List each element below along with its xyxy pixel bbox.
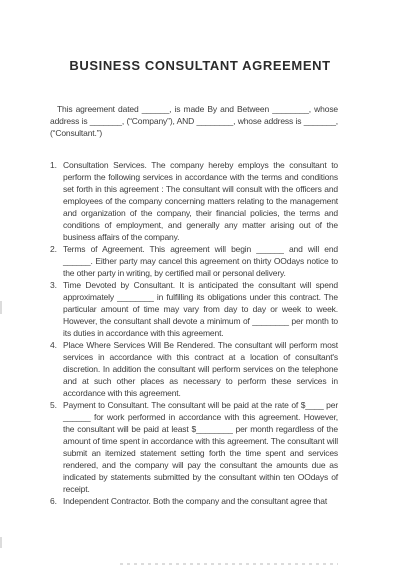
- scan-edge-artifact: [0, 537, 2, 548]
- clause-number: 6.: [50, 495, 63, 507]
- clause-place-of-services: 4. Place Where Services Will Be Rendered…: [50, 339, 338, 399]
- clause-text: Payment to Consultant. The consultant wi…: [63, 399, 338, 495]
- clause-payment: 5. Payment to Consultant. The consultant…: [50, 399, 338, 495]
- clause-time-devoted: 3. Time Devoted by Consultant. It is ant…: [50, 279, 338, 339]
- clause-number: 4.: [50, 339, 63, 351]
- clause-list: 1. Consultation Services. The company he…: [50, 159, 338, 507]
- clause-text: Terms of Agreement. This agreement will …: [63, 243, 338, 279]
- clause-number: 1.: [50, 159, 63, 171]
- clause-number: 5.: [50, 399, 63, 411]
- clause-text: Consultation Services. The company hereb…: [63, 159, 338, 243]
- scan-edge-artifact: [0, 301, 2, 314]
- document-page: BUSINESS CONSULTANT AGREEMENT This agree…: [0, 0, 400, 565]
- clause-terms-of-agreement: 2. Terms of Agreement. This agreement wi…: [50, 243, 338, 279]
- document-title: BUSINESS CONSULTANT AGREEMENT: [0, 0, 400, 73]
- intro-paragraph: This agreement dated ______, is made By …: [50, 103, 338, 139]
- clause-number: 3.: [50, 279, 63, 291]
- clause-independent-contractor: 6. Independent Contractor. Both the comp…: [50, 495, 338, 507]
- clause-text: Place Where Services Will Be Rendered. T…: [63, 339, 338, 399]
- clause-text: Time Devoted by Consultant. It is antici…: [63, 279, 338, 339]
- clause-text: Independent Contractor. Both the company…: [63, 495, 338, 507]
- clause-number: 2.: [50, 243, 63, 255]
- clause-consultation-services: 1. Consultation Services. The company he…: [50, 159, 338, 243]
